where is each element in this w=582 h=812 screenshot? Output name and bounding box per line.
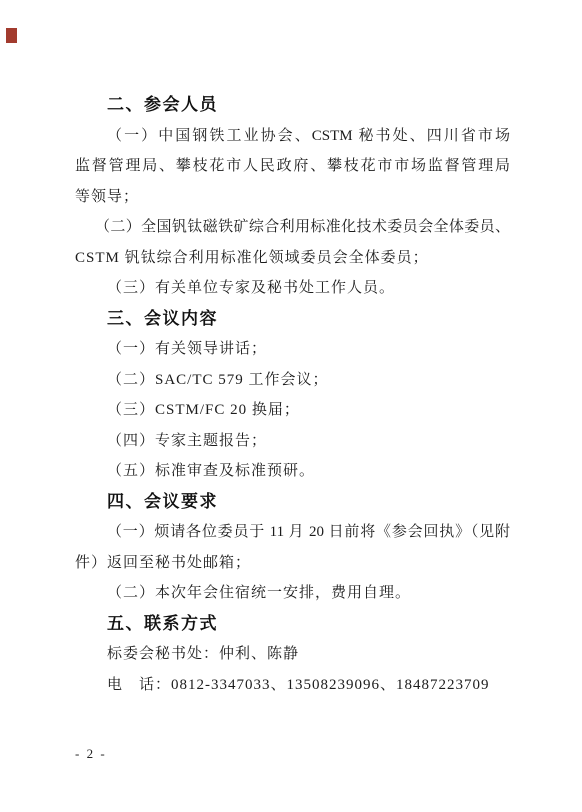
- text-line: 监督管理局、攀枝花市人民政府、攀枝花市市场监督管理局: [75, 151, 510, 182]
- text-line: CSTM 钒钛综合利用标准化领域委员会全体委员；: [75, 243, 510, 274]
- text-line: 标委会秘书处：仲利、陈静: [75, 639, 510, 670]
- section-heading-requirements: 四、会议要求: [75, 487, 510, 518]
- section-heading-participants: 二、参会人员: [75, 90, 510, 121]
- text-line: （一）中国钢铁工业协会、CSTM 秘书处、四川省市场: [75, 121, 510, 152]
- section-heading-agenda: 三、会议内容: [75, 304, 510, 335]
- text-line: 件）返回至秘书处邮箱；: [75, 548, 510, 579]
- text-line: （五）标准审查及标准预研。: [75, 456, 510, 487]
- text-line: （一）有关领导讲话；: [75, 334, 510, 365]
- text-line: （二）本次年会住宿统一安排，费用自理。: [75, 578, 510, 609]
- text-line: 等领导；: [75, 182, 510, 213]
- page-number: - 2 -: [75, 746, 107, 762]
- text-line: （三）有关单位专家及秘书处工作人员。: [75, 273, 510, 304]
- text-line: 电 话：0812-3347033、13508239096、18487223709: [75, 670, 510, 701]
- text-line: （一）烦请各位委员于 11 月 20 日前将《参会回执》（见附: [75, 517, 510, 548]
- document-body: 二、参会人员 （一）中国钢铁工业协会、CSTM 秘书处、四川省市场 监督管理局、…: [75, 90, 510, 700]
- document-page: 二、参会人员 （一）中国钢铁工业协会、CSTM 秘书处、四川省市场 监督管理局、…: [0, 0, 582, 812]
- text-line: （二）全国钒钛磁铁矿综合利用标准化技术委员会全体委员、: [75, 212, 510, 243]
- text-line: （四）专家主题报告；: [75, 426, 510, 457]
- text-line: （二）SAC/TC 579 工作会议；: [75, 365, 510, 396]
- text-line: （三）CSTM/FC 20 换届；: [75, 395, 510, 426]
- section-heading-contact: 五、联系方式: [75, 609, 510, 640]
- red-annotation-mark: [6, 28, 17, 43]
